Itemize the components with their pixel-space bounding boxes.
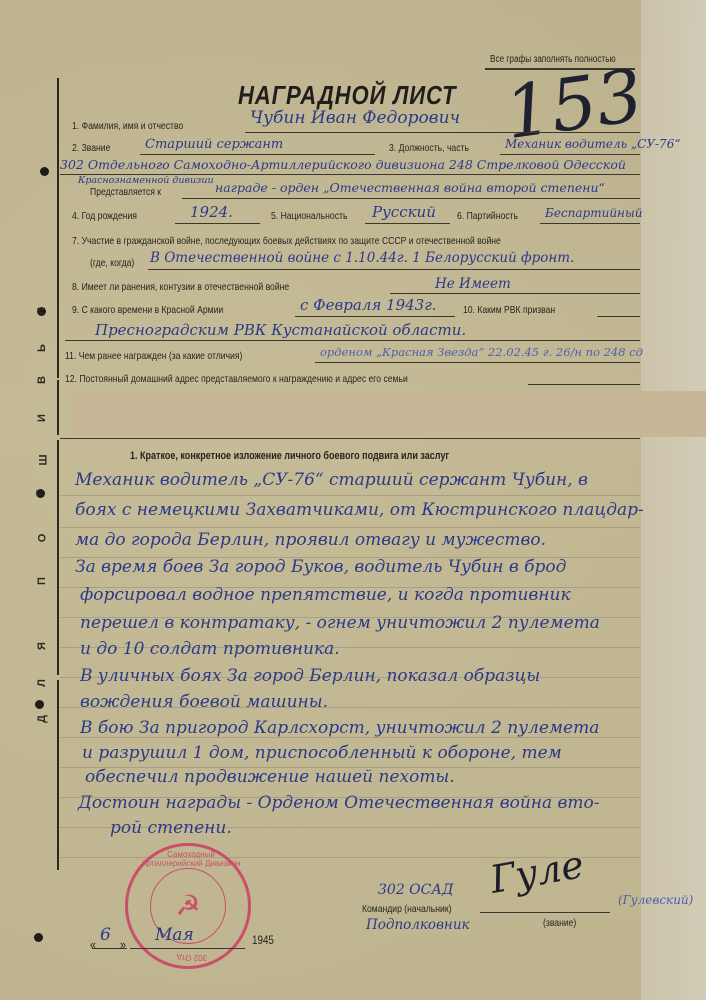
page-title: НАГРАДНОЙ ЛИСТ (238, 80, 456, 111)
margin-letter: Д (36, 715, 48, 723)
margin-line-lower (57, 440, 59, 675)
field-8-value: Не Имеет (435, 276, 511, 292)
field-4-rule (175, 223, 260, 224)
field-7-rule (148, 269, 640, 270)
narrative-line: Достоин награды - Орденом Отечественная … (78, 793, 600, 813)
narrative-line: и до 10 солдат противника. (80, 639, 340, 659)
narrative-line: обеспечил продвижение нашей пехоты. (85, 767, 455, 787)
field-2-rule (140, 154, 375, 155)
field-3-rule (500, 154, 640, 155)
field-7-label-2: (где, когда) (90, 257, 134, 269)
field-3-continuation-1: 302 Отдельного Самоходно-Артиллерийского… (60, 157, 626, 172)
field-1-label: 1. Фамилия, имя и отчество (72, 120, 183, 132)
margin-letter: Л (36, 679, 48, 687)
section-divider (60, 438, 640, 439)
field-1-rule (245, 132, 640, 133)
signer-name: (Гулевский) (618, 893, 693, 907)
field-8-label: 8. Имеет ли ранения, контузии в отечеств… (72, 281, 289, 293)
margin-letter: Л (36, 307, 48, 315)
field-3-continuation-2: Краснознаменной дивизии (78, 175, 214, 186)
date-day-rule (92, 948, 127, 949)
ruled-line (60, 527, 640, 528)
margin-letter: Ш (38, 454, 50, 465)
narrative-line: и разрушил 1 дом, приспособленный к обор… (82, 743, 562, 763)
presented-rule (182, 198, 640, 199)
date-month-rule (130, 948, 245, 949)
field-4-value: 1924. (190, 203, 233, 221)
narrative-line: ма до города Берлин, проявил отвагу и му… (75, 530, 546, 550)
field-12-label: 12. Постоянный домашний адрес представля… (65, 373, 408, 385)
presented-value: награде - орден „Отечественная война вто… (215, 180, 605, 195)
margin-letter: О (36, 534, 48, 543)
field-8-rule (390, 293, 640, 294)
margin-line-top (57, 78, 59, 378)
field-3-value: Механик водитель „СУ-76“ (505, 137, 680, 151)
official-stamp: Самоходный Артиллерийский Дивизион ☭ 302… (125, 843, 251, 969)
field-11-rule (315, 362, 640, 363)
stamp-text-top: Самоходный Артиллерийский Дивизион (136, 850, 246, 868)
margin-letter: Ь (36, 344, 48, 352)
binding-hole (40, 167, 49, 176)
field-4-label: 4. Год рождения (72, 210, 137, 222)
margin-letter: В (36, 376, 48, 384)
narrative-line: рой степени. (110, 818, 232, 838)
field-10-value: Пресноградским РВК Кустанайской области. (95, 321, 466, 339)
date-month: Мая (155, 925, 194, 945)
field-10-label: 10. Каким РВК призван (463, 304, 555, 316)
stamp-text-bottom: 302 Отд. (136, 953, 246, 962)
date-quote-open: « (90, 937, 96, 952)
margin-letter: Г (35, 490, 47, 496)
date-year: 1945 (252, 933, 274, 947)
field-11-value: орденом „Красная Звезда“ 22.02.45 г. 26/… (320, 345, 643, 359)
field-6-rule (540, 223, 640, 224)
field-5-rule (365, 223, 450, 224)
field-3-label: 3. Должность, часть (389, 142, 469, 154)
field-6-value: Беспартийный (545, 206, 642, 220)
field-10-cont-rule (65, 340, 640, 341)
margin-letter: И (36, 414, 48, 422)
narrative-line: В уличных боях За город Берлин, показал … (80, 666, 540, 686)
binding-hole (34, 933, 43, 942)
narrative-line: перешел в контратаку, - огнем уничтожил … (80, 613, 600, 633)
presented-label: Представляется к (90, 186, 161, 198)
narrative-line: В бою За пригород Карлсхорст, уничтожил … (80, 718, 599, 738)
margin-line-bottom (57, 680, 59, 870)
field-9-rule (295, 316, 455, 317)
margin-line-mid (57, 380, 59, 435)
commander-rank: Подполковник (366, 917, 470, 933)
field-11-label: 11. Чем ранее награжден (за какие отличи… (65, 350, 242, 362)
unit-name: 302 ОСАД (378, 882, 453, 898)
field-5-value: Русский (372, 203, 436, 221)
field-12-rule (528, 384, 640, 385)
field-7-label: 7. Участие в гражданской войне, последую… (72, 235, 501, 247)
redacted-address (70, 391, 706, 437)
field-2-value: Старший сержант (145, 137, 283, 152)
margin-letter: Я (36, 642, 48, 650)
narrative-line: вождения боевой машины. (80, 692, 328, 712)
section-heading: 1. Краткое, конкретное изложение личного… (130, 450, 449, 462)
field-9-value: с Февраля 1943г. (300, 296, 437, 314)
narrative-line: Механик водитель „СУ-76“ старший сержант… (75, 470, 588, 490)
narrative-line: боях с немецкими Захватчиками, от Кюстри… (75, 500, 644, 520)
margin-letter: П (36, 577, 48, 585)
field-2-label: 2. Звание (72, 142, 110, 154)
narrative-line: За время боев За город Буков, водитель Ч… (75, 557, 566, 577)
field-9-label: 9. С какого времени в Красной Армии (72, 304, 223, 316)
rank-label: (звание) (543, 917, 576, 929)
ruled-line (60, 495, 640, 496)
binding-hole (35, 700, 44, 709)
commander-label: Командир (начальник) (362, 903, 451, 915)
field-7-value: В Отечественной войне с 1.10.44г. 1 Бело… (150, 250, 574, 266)
field-6-label: 6. Партийность (457, 210, 518, 222)
signature-rule (480, 912, 610, 913)
narrative-line: форсировал водное препятствие, и когда п… (80, 585, 571, 605)
date-quote-close: » (120, 937, 126, 952)
field-10-rule (597, 316, 640, 317)
field-5-label: 5. Национальность (271, 210, 347, 222)
field-1-value: Чубин Иван Федорович (250, 108, 460, 128)
date-day: 6 (100, 925, 111, 945)
